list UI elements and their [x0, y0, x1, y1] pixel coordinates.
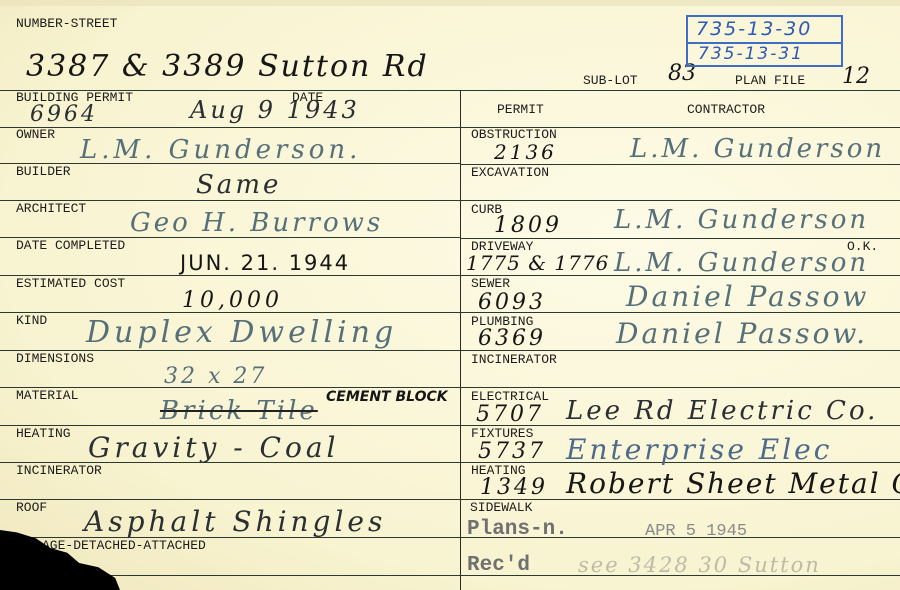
- pencil-note: see 3428 30 Sutton: [578, 553, 821, 577]
- owner-value: L.M. Gunderson.: [80, 137, 361, 163]
- material-value: Brick Tile: [160, 398, 318, 424]
- permit-card: NUMBER-STREET 3387 & 3389 Sutton Rd SUB-…: [0, 0, 900, 590]
- plan-file-value: 12: [842, 66, 870, 88]
- material-correction: CEMENT BLOCK: [326, 390, 448, 404]
- garage-label: AGE-DETACHED-ATTACHED: [42, 539, 206, 553]
- kind-label: KIND: [16, 314, 47, 328]
- plumbing-contractor: Daniel Passow.: [616, 320, 868, 348]
- sewer-label: SEWER: [471, 277, 510, 291]
- roof-label: ROOF: [16, 501, 47, 515]
- sidewalk-label: SIDEWALK: [470, 501, 532, 515]
- electrical-number: 5707: [476, 404, 544, 426]
- permit-header: PERMIT: [497, 103, 544, 117]
- fixtures-contractor: Enterprise Elec: [566, 436, 832, 464]
- rule-left: [0, 127, 460, 128]
- electrical-contractor: Lee Rd Electric Co.: [566, 398, 878, 424]
- rule-right: [460, 200, 900, 201]
- received-stamp: Rec'd: [467, 554, 530, 577]
- curb-contractor: L.M. Gunderson: [614, 207, 869, 233]
- date-stamp: APR 5 1945: [645, 522, 747, 541]
- curb-number: 1809: [494, 215, 562, 237]
- builder-value: Same: [196, 172, 281, 198]
- dimensions-label: DIMENSIONS: [16, 352, 94, 366]
- sewer-number: 6093: [478, 292, 546, 314]
- sewer-contractor: Daniel Passow: [626, 283, 869, 311]
- excavation-label: EXCAVATION: [471, 166, 549, 180]
- roof-value: Asphalt Shingles: [84, 508, 386, 536]
- incinerator-label: INCINERATOR: [16, 464, 102, 478]
- heating-permit-contractor: Robert Sheet Metal Co.: [566, 470, 900, 498]
- date-completed-label: DATE COMPLETED: [16, 239, 125, 253]
- estimated-cost-value: 10,000: [182, 290, 283, 312]
- number-street-value: 3387 & 3389 Sutton Rd: [26, 52, 429, 82]
- date-value: Aug 9 1943: [190, 98, 360, 122]
- number-street-label: NUMBER-STREET: [16, 17, 117, 31]
- card-top-edge: [0, 0, 900, 6]
- obstruction-contractor: L.M. Gunderson: [630, 136, 885, 162]
- heating-label: HEATING: [16, 427, 71, 441]
- plans-stamp: Plans-n.: [467, 518, 568, 541]
- material-label: MATERIAL: [16, 389, 78, 403]
- estimated-cost-label: ESTIMATED COST: [16, 277, 125, 291]
- contractor-header: CONTRACTOR: [687, 103, 765, 117]
- architect-value: Geo H. Burrows: [130, 210, 383, 236]
- plumbing-number: 6369: [478, 328, 546, 350]
- building-permit-value: 6964: [30, 104, 98, 126]
- fixtures-number: 5737: [478, 441, 546, 463]
- dimensions-value: 32 x 27: [164, 366, 267, 388]
- driveway-number: 1775 & 1776: [466, 253, 609, 273]
- obstruction-number: 2136: [494, 142, 557, 162]
- column-divider: [460, 90, 461, 590]
- incinerator-permit-label: INCINERATOR: [471, 353, 557, 367]
- date-completed-value: JUN. 21. 1944: [180, 253, 350, 274]
- driveway-contractor: L.M. Gunderson: [614, 250, 869, 276]
- rule-right: [460, 387, 900, 388]
- heating-value: Gravity - Coal: [88, 434, 339, 462]
- sub-lot-label: SUB-LOT: [583, 74, 638, 88]
- lot-number-2: 735-13-31: [698, 44, 804, 64]
- plan-file-label: PLAN FILE: [735, 74, 805, 88]
- architect-label: ARCHITECT: [16, 202, 86, 216]
- kind-value: Duplex Dwelling: [86, 318, 397, 348]
- rule-left: [0, 499, 460, 500]
- owner-label: OWNER: [16, 128, 55, 142]
- builder-label: BUILDER: [16, 165, 71, 179]
- lot-number-1: 735-13-30: [696, 18, 812, 40]
- rule-header: [0, 90, 900, 91]
- heating-permit-number: 1349: [480, 477, 548, 499]
